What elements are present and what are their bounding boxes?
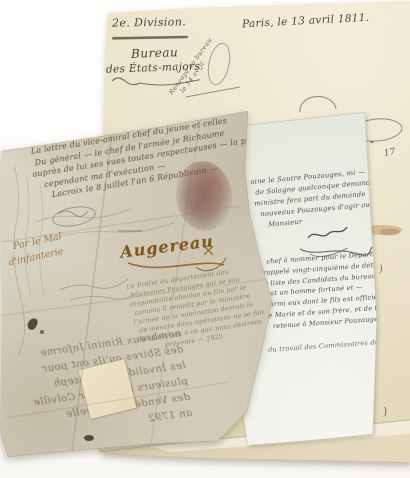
fold-crease-horizontal-1 (2, 206, 240, 242)
front-document-strokes (0, 0, 410, 478)
signature-paraph (128, 263, 224, 267)
fold-crease-vertical-2 (150, 120, 200, 450)
front-document: La lettre du vice-amiral chef du jeune e… (0, 0, 410, 478)
front-document-shadow: La lettre du vice-amiral chef du jeune e… (0, 0, 410, 478)
stamp-scribble (58, 211, 88, 216)
fold-crease-horizontal-2 (0, 279, 268, 316)
margin-bleed-strokes (14, 165, 25, 355)
fold-crease-horizontal-3 (6, 382, 230, 418)
photo-of-manuscripts: 2e. Division. Paris, le 13 avril 1811. B… (0, 0, 410, 478)
signature-cross (204, 246, 213, 255)
